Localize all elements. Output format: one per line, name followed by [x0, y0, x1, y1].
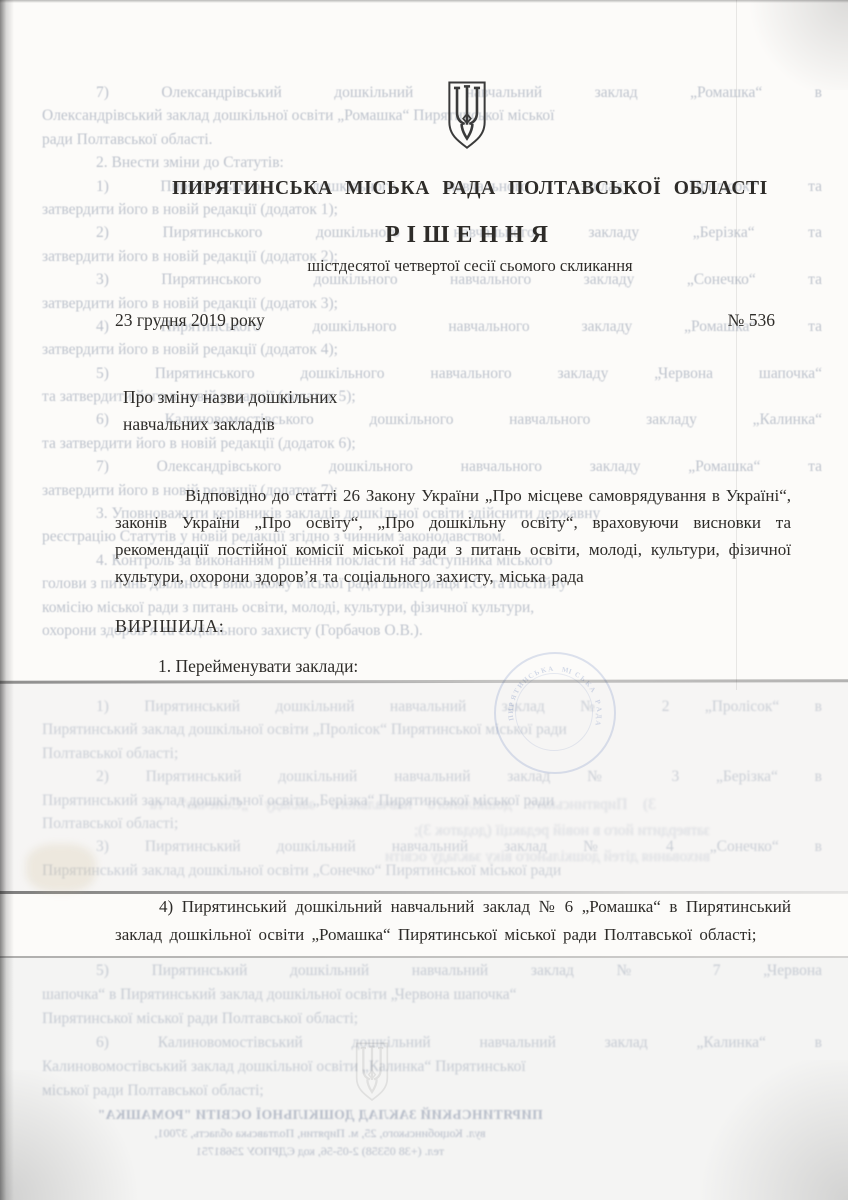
bleedthrough-line: виховання дітей дошкільного віку закладу… — [150, 848, 710, 874]
ukraine-trident-icon — [444, 80, 490, 151]
bleedthrough-line: 7) Олександрівського дошкільного навчаль… — [42, 458, 822, 481]
subject-line-1: Про зміну назви дошкільних — [123, 384, 543, 411]
document-subject: Про зміну назви дошкільних навчальних за… — [123, 384, 543, 438]
scanned-document: { "document": { "org_name": "ПИРЯТИНСЬКА… — [0, 0, 848, 1200]
stamp-arc-letter: И — [507, 708, 515, 714]
bleedthrough-line: Полтавської області; — [42, 745, 822, 768]
bleedthrough-line: 7) Олександрівський дошкільний навчальни… — [42, 84, 822, 107]
bleedthrough-line: та затвердити його в новій редакції (дод… — [42, 435, 822, 458]
stamp-arc-letter: Д — [595, 714, 603, 719]
subject-line-2: навчальних закладів — [123, 411, 543, 438]
document-page: 7) Олександрівський дошкільний навчальни… — [0, 0, 848, 1200]
resolved-label: ВИРІШИЛА: — [115, 616, 225, 637]
bleedthrough-line: затвердити його в новій редакції (додато… — [42, 201, 822, 224]
bleedthrough-line: 2. Внести зміни до Статутів: — [42, 154, 822, 177]
bleedthrough-line: 5) Пирятинський дошкільний навчальний за… — [42, 962, 822, 986]
fold-stain — [26, 844, 96, 892]
scan-shadow-top-right — [738, 0, 848, 90]
stamp-arc-letter: Я — [509, 694, 518, 701]
session-subtitle: шістдесятої четвертої сесії сьомого скли… — [110, 256, 830, 276]
document-number: № 536 — [728, 310, 775, 331]
bleedthrough-line: шапочка“ в Пирятинський заклад дошкільно… — [42, 986, 822, 1010]
organization-name: ПИРЯТИНСЬКА МІСЬКА РАДА ПОЛТАВСЬКОЇ ОБЛА… — [110, 178, 830, 200]
stamp-arc-letter: А — [595, 706, 604, 712]
document-date: 23 грудня 2019 року — [115, 310, 265, 331]
bleedthrough-line: Пирятинської міської ради Полтавської об… — [42, 1010, 822, 1034]
scan-shadow-bottom-right — [688, 1060, 848, 1200]
scan-edge-top — [0, 0, 848, 3]
bleedthrough-line: Пирятинський заклад дошкільної освіти „П… — [42, 721, 822, 744]
round-seal-stamp: ПИРЯТИНСЬКА МІСЬКА РАДА — [494, 652, 616, 774]
fold-crease-line-2 — [0, 891, 848, 894]
bleedthrough-line: ради Полтавської області. — [42, 131, 822, 154]
bleedthrough-line: 6) Калиновомостівський дошкільний навчал… — [42, 1034, 822, 1058]
stamp-arc-letter: А — [594, 720, 603, 726]
stamp-arc-letter: П — [507, 715, 516, 722]
bleedthrough-mirrored-block: 3) Пирятинського дошкільного навчального… — [150, 796, 710, 874]
intro-paragraph: Відповідно до статті 26 Закону України „… — [115, 482, 791, 590]
bleedthrough-line: Олександрівський заклад дошкільної освіт… — [42, 107, 822, 130]
stamp-arc-letter: Р — [593, 699, 602, 705]
stamp-arc-letter: Р — [507, 702, 516, 707]
stamp-arc-letter: К — [540, 666, 547, 675]
fold-crease-line-3 — [0, 956, 848, 958]
resolution-item-4: 4) Пирятинський дошкільний навчальний за… — [115, 893, 791, 948]
bleedthrough-line: 1) Пирятинський дошкільний навчальний за… — [42, 698, 822, 721]
vertical-crease — [736, 0, 737, 690]
document-type-title: РІШЕННЯ — [110, 222, 830, 249]
bleedthrough-line: 2) Пирятинський дошкільний навчальний за… — [42, 768, 822, 791]
scan-shadow-bottom-left — [0, 1070, 150, 1200]
bleedthrough-line: 3) Пирятинського дошкільного навчального… — [150, 796, 710, 822]
scan-edge-left — [0, 0, 14, 1200]
stamp-arc-letter: А — [547, 665, 553, 674]
trident-watermark-icon — [352, 1040, 392, 1104]
bleedthrough-line: затвердити його в новій редакції (додато… — [150, 822, 710, 848]
bleedthrough-line: затвердити його в новій редакції (додато… — [42, 341, 822, 364]
resolution-item-1: 1. Перейменувати заклади: — [158, 656, 358, 677]
